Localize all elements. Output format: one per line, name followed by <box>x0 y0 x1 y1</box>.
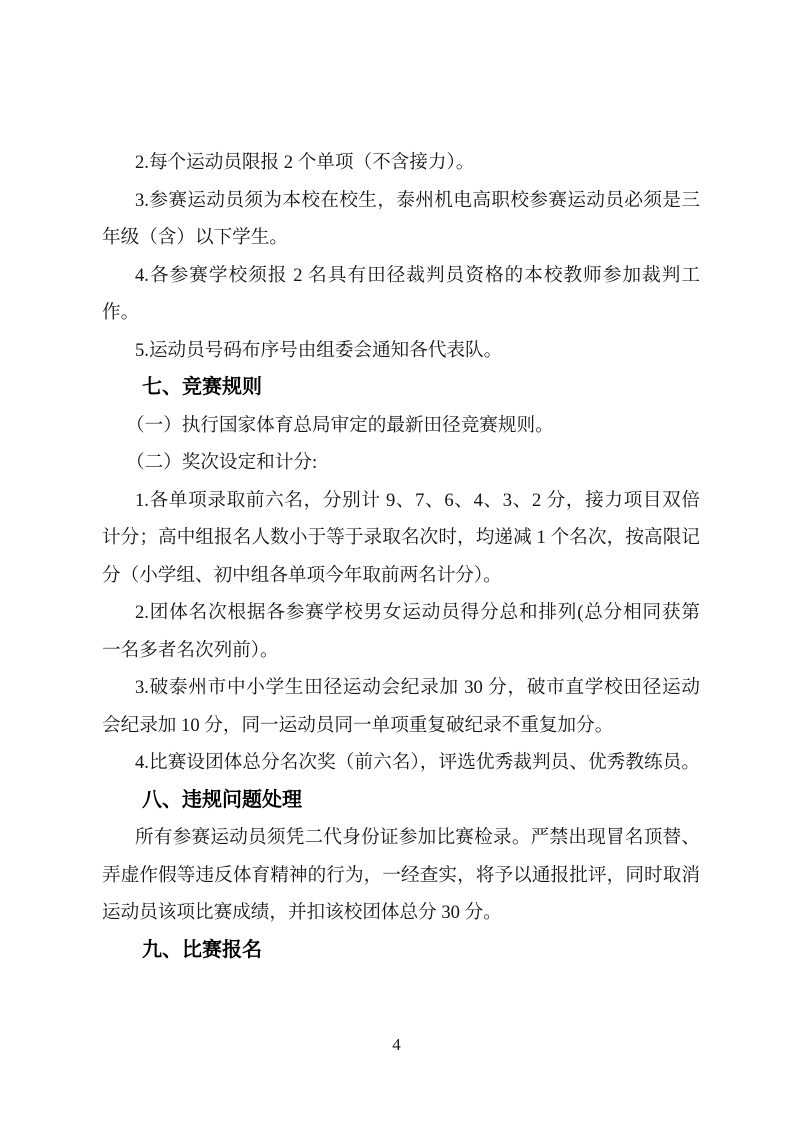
paragraph-line: 1.各单项录取前六名，分别计 9、7、6、4、3、2 分，接力项目双倍 <box>102 482 700 520</box>
paragraph-line: （一）执行国家体育总局审定的最新田径竞赛规则。 <box>102 407 700 445</box>
paragraph: 3.参赛运动员须为本校在校生，泰州机电高职校参赛运动员必须是三年级（含）以下学生… <box>102 182 700 257</box>
paragraph: 所有参赛运动员须凭二代身份证参加比赛检录。严禁出现冒名顶替、弄虚作假等违反体育精… <box>102 819 700 932</box>
paragraph-line: 2.团体名次根据各参赛学校男女运动员得分总和排列(总分相同获第 <box>102 594 700 632</box>
document-body: 2.每个运动员限报 2 个单项（不含接力）。3.参赛运动员须为本校在校生，泰州机… <box>102 144 700 969</box>
paragraph-line: 3.参赛运动员须为本校在校生，泰州机电高职校参赛运动员必须是三 <box>102 182 700 220</box>
paragraph-line: 会纪录加 10 分，同一运动员同一单项重复破纪录不重复加分。 <box>102 707 700 745</box>
page-number: 4 <box>0 1033 793 1057</box>
paragraph-line: 作。 <box>102 294 700 332</box>
paragraph-line: 5.运动员号码布序号由组委会通知各代表队。 <box>102 332 700 370</box>
paragraph-line: 分（小学组、初中组各单项今年取前两名计分）。 <box>102 557 700 595</box>
paragraph-line: 计分；高中组报名人数小于等于录取名次时，均递减 1 个名次，按高限记 <box>102 519 700 557</box>
document-page: 2.每个运动员限报 2 个单项（不含接力）。3.参赛运动员须为本校在校生，泰州机… <box>0 0 793 1122</box>
paragraph-line: 运动员该项比赛成绩，并扣该校团体总分 30 分。 <box>102 894 700 932</box>
paragraph-line: 弄虚作假等违反体育精神的行为，一经查实，将予以通报批评，同时取消 <box>102 857 700 895</box>
section-heading: 八、违规问题处理 <box>102 782 700 820</box>
paragraph: （一）执行国家体育总局审定的最新田径竞赛规则。 <box>102 407 700 445</box>
paragraph-line: 所有参赛运动员须凭二代身份证参加比赛检录。严禁出现冒名顶替、 <box>102 819 700 857</box>
paragraph-line: 年级（含）以下学生。 <box>102 219 700 257</box>
paragraph-line: 一名多者名次列前）。 <box>102 632 700 670</box>
paragraph: 2.每个运动员限报 2 个单项（不含接力）。 <box>102 144 700 182</box>
section: 七、竞赛规则 <box>102 369 700 407</box>
paragraph: 1.各单项录取前六名，分别计 9、7、6、4、3、2 分，接力项目双倍计分；高中… <box>102 482 700 595</box>
paragraph: （二）奖次设定和计分: <box>102 444 700 482</box>
paragraph: 2.团体名次根据各参赛学校男女运动员得分总和排列(总分相同获第一名多者名次列前）… <box>102 594 700 669</box>
paragraph: 4.各参赛学校须报 2 名具有田径裁判员资格的本校教师参加裁判工作。 <box>102 257 700 332</box>
paragraph-line: 2.每个运动员限报 2 个单项（不含接力）。 <box>102 144 700 182</box>
paragraph-line: 4.比赛设团体总分名次奖（前六名），评选优秀裁判员、优秀教练员。 <box>102 744 700 782</box>
paragraph: 4.比赛设团体总分名次奖（前六名），评选优秀裁判员、优秀教练员。 <box>102 744 700 782</box>
paragraph-line: 3.破泰州市中小学生田径运动会纪录加 30 分，破市直学校田径运动 <box>102 669 700 707</box>
section-heading: 九、比赛报名 <box>102 932 700 970</box>
section-heading: 七、竞赛规则 <box>102 369 700 407</box>
section: 九、比赛报名 <box>102 932 700 970</box>
paragraph-line: （二）奖次设定和计分: <box>102 444 700 482</box>
paragraph-line: 4.各参赛学校须报 2 名具有田径裁判员资格的本校教师参加裁判工 <box>102 257 700 295</box>
paragraph: 5.运动员号码布序号由组委会通知各代表队。 <box>102 332 700 370</box>
paragraph: 3.破泰州市中小学生田径运动会纪录加 30 分，破市直学校田径运动会纪录加 10… <box>102 669 700 744</box>
section: 八、违规问题处理 <box>102 782 700 820</box>
